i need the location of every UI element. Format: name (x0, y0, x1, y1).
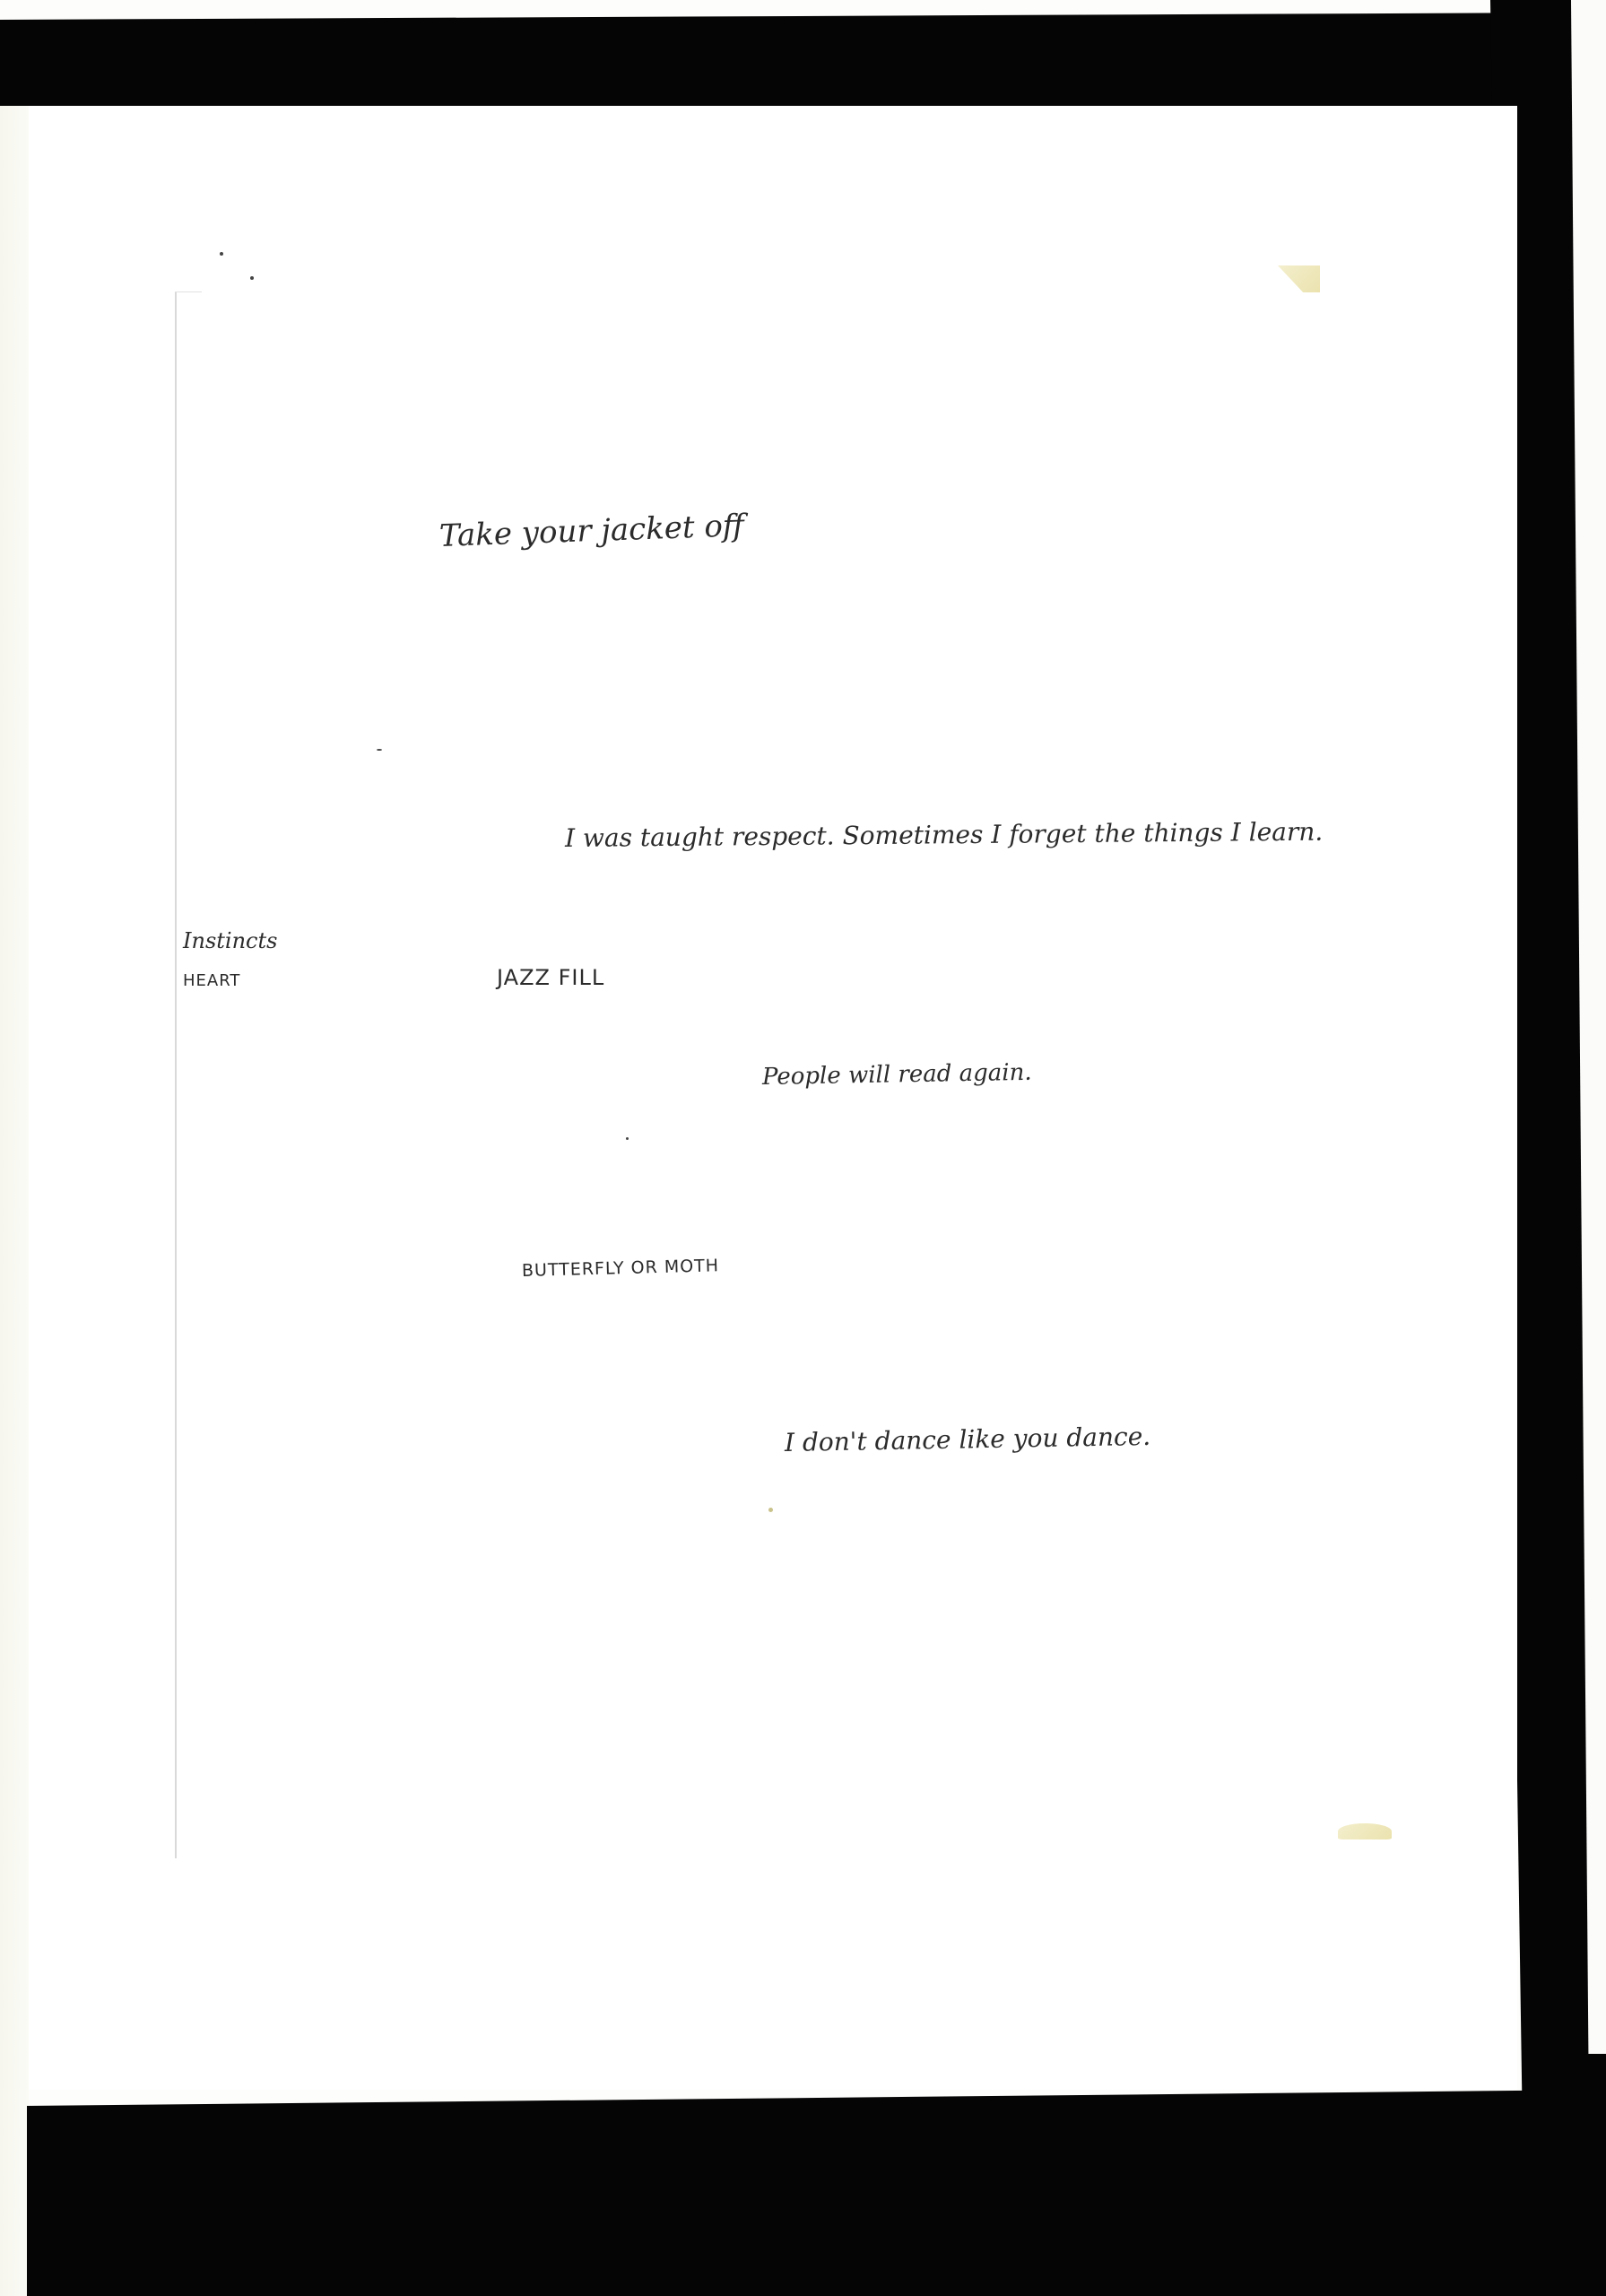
scanner-background-bottom (27, 2090, 1606, 2296)
speck (626, 1137, 629, 1140)
scanner-background-corner (1524, 2054, 1606, 2296)
speck (250, 276, 254, 280)
tape-residue-bottom (1338, 1823, 1392, 1839)
handwritten-line-butterfly: BUTTERFLY OR MOTH (522, 1256, 720, 1281)
tape-residue-top (1278, 265, 1320, 292)
paper-sheet: Take your jacket off I was taught respec… (29, 106, 1517, 2090)
handwritten-line-jacket: Take your jacket off (438, 508, 744, 554)
margin-note-heart: HEART (183, 971, 240, 990)
handwritten-line-jazz-fill: JAZZ FILL (497, 965, 604, 990)
margin-note-instincts: Instincts (183, 928, 277, 953)
speck (220, 252, 223, 256)
inner-page-edge-top (175, 291, 202, 292)
speck (768, 1508, 773, 1512)
handwritten-line-people-read: People will read again. (762, 1059, 1032, 1091)
scanned-page: Take your jacket off I was taught respec… (0, 0, 1606, 2296)
scanner-background-top (0, 13, 1578, 106)
handwritten-line-dance: I don't dance like you dance. (785, 1422, 1151, 1457)
speck (377, 749, 382, 751)
handwritten-line-respect: I was taught respect. Sometimes I forget… (565, 817, 1323, 853)
scanner-edge-left (0, 106, 29, 2296)
inner-page-edge (175, 291, 177, 1858)
